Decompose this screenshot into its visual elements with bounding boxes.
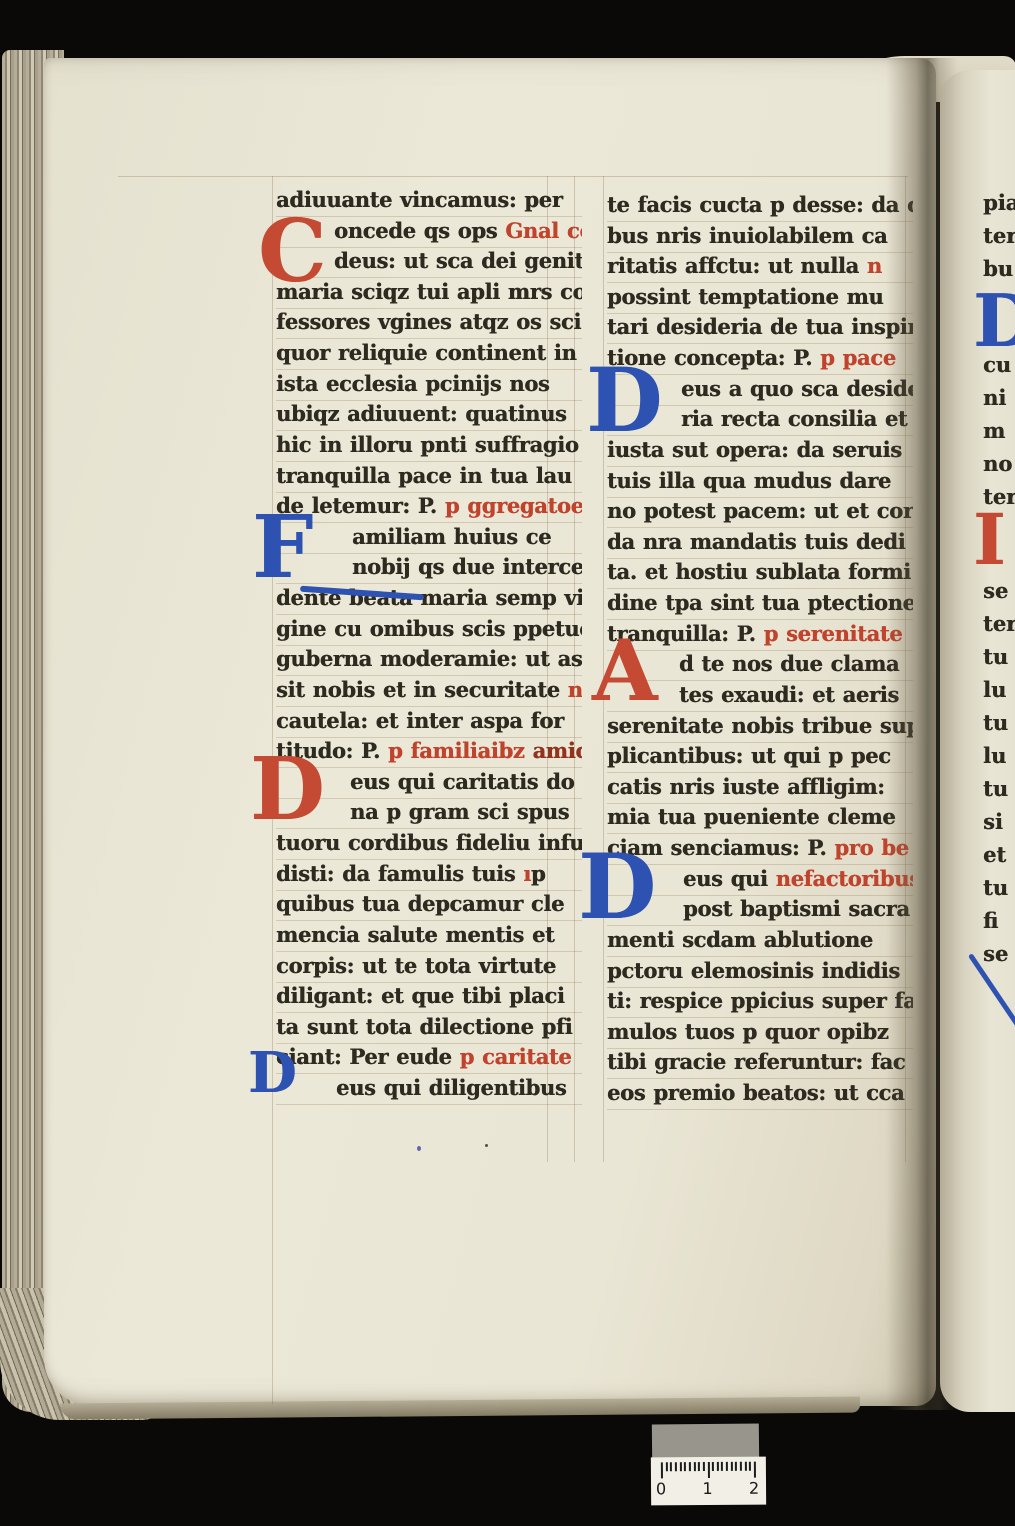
text-segment: sit nobis et in securitate xyxy=(276,677,568,702)
ruler-tick xyxy=(721,1462,723,1471)
text-segment: guberna moderamie: ut as xyxy=(276,646,582,671)
ruler-tick xyxy=(703,1462,705,1471)
text-line: ti: respice ppicius super fa xyxy=(607,986,913,1018)
text-segment: na p gram sci spus xyxy=(350,799,569,824)
text-line: possint temptatione mu xyxy=(607,282,913,314)
ruler-tick xyxy=(679,1462,681,1471)
clipped-text-fragment: cu xyxy=(983,352,1011,377)
text-line: diligant: et que tibi placi xyxy=(276,981,582,1013)
clipped-text-fragment: m xyxy=(983,418,1005,443)
text-segment: n xyxy=(568,677,582,702)
text-segment: p familiaibz xyxy=(388,738,532,763)
text-segment: bus nris inuiolabilem ca xyxy=(607,223,887,248)
text-segment: pctoru elemosinis indidis xyxy=(607,958,900,983)
text-segment: gine cu omibus scis ppetuo xyxy=(276,616,582,641)
ruler-tick xyxy=(731,1462,733,1471)
text-segment: mia tua pueniente cleme xyxy=(607,804,895,829)
ruler-tick xyxy=(754,1462,756,1478)
text-line: tibi gracie referuntur: fac xyxy=(607,1047,913,1079)
ruler-tick xyxy=(684,1462,686,1471)
clipped-text-fragment: ni xyxy=(983,385,1006,410)
text-segment: amicis xyxy=(532,738,582,763)
text-column-left: adiuuante vincamus: peroncede qs ops Gna… xyxy=(276,185,582,1115)
text-line: eos premio beatos: ut cca xyxy=(607,1078,913,1110)
text-line: catis nris iuste affligim: xyxy=(607,772,913,804)
text-segment: deus: ut sca dei genitr xyxy=(334,248,582,273)
text-segment: ubiqz adiuuent: quatinus xyxy=(276,401,566,426)
text-segment: ciant: Per eude xyxy=(276,1044,460,1069)
clipped-text-fragment: fi xyxy=(983,908,998,933)
ink-speck-blue xyxy=(417,1146,421,1151)
clipped-text-fragment: lu xyxy=(983,677,1006,702)
text-line: plicantibus: ut qui p pec xyxy=(607,741,913,773)
ruler-tick xyxy=(661,1462,663,1478)
clipped-text-fragment: tu xyxy=(983,710,1008,735)
text-segment: da nra mandatis tuis dedi xyxy=(607,529,905,554)
text-segment: ta sunt tota dilectione pfi xyxy=(276,1014,572,1039)
clipped-text-fragment: tu xyxy=(983,875,1008,900)
text-segment: catis nris iuste affligim: xyxy=(607,774,885,799)
text-line: ritatis affctu: ut nulla n xyxy=(607,251,913,283)
text-line: dine tpa sint tua ptectione xyxy=(607,588,913,620)
text-segment: eus a quo sca deside xyxy=(681,376,913,401)
text-segment: possint temptatione mu xyxy=(607,284,883,309)
text-segment: tuis illa qua mudus dare xyxy=(607,468,891,493)
text-line: ista ecclesia pcinijs nos xyxy=(276,369,582,401)
text-line: quor reliquie continent in xyxy=(276,338,582,370)
ruler-tick xyxy=(693,1462,695,1471)
text-line: no potest pacem: ut et cor xyxy=(607,496,913,528)
illuminated-initial: A xyxy=(592,638,657,704)
text-segment: quibus tua depcamur cle xyxy=(276,891,564,916)
text-segment: n xyxy=(867,253,882,278)
ruling-line-top xyxy=(118,176,908,177)
clipped-text-fragment: si xyxy=(983,809,1003,834)
illuminated-initial: D xyxy=(250,756,325,823)
text-line: corpis: ut te tota virtute xyxy=(276,951,582,983)
text-line: fessores vgines atqz os sci xyxy=(276,307,582,339)
text-segment: corpis: ut te tota virtute xyxy=(276,953,556,978)
text-line: tranquilla pace in tua lau xyxy=(276,461,582,493)
illuminated-initial: D xyxy=(578,852,656,922)
text-segment: p serenitate xyxy=(764,621,903,646)
text-segment: dine tpa sint tua ptectione xyxy=(607,590,913,615)
text-segment: tranquilla pace in tua lau xyxy=(276,463,572,488)
ruler-tick xyxy=(707,1462,709,1478)
ruler-number: 0 xyxy=(653,1479,669,1498)
clipped-text-fragment: ter xyxy=(983,223,1015,248)
text-line: disti: da famulis tuis ıp xyxy=(276,859,582,891)
clipped-text-fragment: lu xyxy=(983,743,1006,768)
text-segment: quor reliquie continent in xyxy=(276,340,576,365)
text-segment: oncede qs ops xyxy=(334,218,505,243)
text-segment: d te nos due clama xyxy=(679,651,899,676)
text-segment: mulos tuos p quor opibz xyxy=(607,1019,888,1044)
clipped-initial: D xyxy=(973,292,1015,350)
ruler-tick xyxy=(726,1462,728,1471)
text-segment: amiliam huius ce xyxy=(352,524,551,549)
text-line: quibus tua depcamur cle xyxy=(276,889,582,921)
text-line: pctoru elemosinis indidis xyxy=(607,956,913,988)
ruler-number: 2 xyxy=(746,1479,762,1498)
ruler-number: 1 xyxy=(699,1479,715,1498)
text-line: ta. et hostiu sublata formi xyxy=(607,557,913,589)
ruler-tick xyxy=(735,1462,737,1471)
text-line: tari desideria de tua inspira xyxy=(607,312,913,344)
ruler-tick xyxy=(745,1462,747,1471)
text-segment: no potest pacem: ut et cor xyxy=(607,498,913,523)
text-line: amiliam huius ce xyxy=(276,522,582,554)
text-line: ta sunt tota dilectione pfi xyxy=(276,1012,582,1044)
text-segment: Gnal col xyxy=(505,218,582,243)
text-line: nobij qs due interce xyxy=(276,552,582,584)
text-segment: ista ecclesia pcinijs nos xyxy=(276,371,549,396)
clipped-text-fragment: se xyxy=(983,578,1008,603)
clipped-text-fragment: tu xyxy=(983,776,1008,801)
ruler-tick xyxy=(712,1462,714,1471)
text-line: mulos tuos p quor opibz xyxy=(607,1017,913,1049)
clipped-text-fragment: tu xyxy=(983,644,1008,669)
illuminated-initial: C xyxy=(258,218,326,285)
clipped-initial: I xyxy=(973,512,1006,568)
text-segment: eos premio beatos: ut cca xyxy=(607,1080,904,1105)
text-segment: diligant: et que tibi placi xyxy=(276,983,565,1008)
ruler-tick xyxy=(689,1462,691,1471)
ruler-tick xyxy=(740,1462,742,1471)
text-line: tuis illa qua mudus dare xyxy=(607,466,913,498)
text-line: eus qui diligentibus xyxy=(276,1073,582,1105)
text-segment: p pace xyxy=(820,345,896,370)
text-segment: mencia salute mentis et xyxy=(276,922,554,947)
text-line: ciant: Per eude p caritate xyxy=(276,1042,582,1074)
text-segment: tari desideria de tua inspira xyxy=(607,314,913,339)
clipped-text-fragment: et xyxy=(983,842,1006,867)
text-line: de letemur: P. p ggregatoe ipa xyxy=(276,491,582,523)
text-segment: p ggregatoe ipa xyxy=(445,493,582,518)
text-line: da nra mandatis tuis dedi xyxy=(607,527,913,559)
text-segment: cautela: et inter aspa for xyxy=(276,708,564,733)
text-line: ubiqz adiuuent: quatinus xyxy=(276,399,582,431)
text-line: sit nobis et in securitate n xyxy=(276,675,582,707)
text-segment: nobij qs due interce xyxy=(352,554,582,579)
text-segment: tibi gracie referuntur: fac xyxy=(607,1049,905,1074)
text-segment: p xyxy=(531,861,545,886)
text-segment: eus qui diligentibus xyxy=(336,1075,566,1100)
text-segment: p caritate xyxy=(460,1044,572,1069)
text-segment: disti: da famulis tuis xyxy=(276,861,523,886)
text-line: guberna moderamie: ut as xyxy=(276,644,582,676)
text-segment: post baptismi sacra xyxy=(683,896,910,921)
text-line: gine cu omibus scis ppetuo xyxy=(276,614,582,646)
text-segment: fessores vgines atqz os sci xyxy=(276,309,581,334)
ruler-tick xyxy=(698,1462,700,1471)
text-line: mencia salute mentis et xyxy=(276,920,582,952)
text-segment: eus qui xyxy=(683,866,776,891)
ruler-scale-strip: 012 xyxy=(651,1457,766,1506)
clipped-text-fragment: no xyxy=(983,451,1012,476)
text-segment: ritatis affctu: ut nulla xyxy=(607,253,867,278)
clipped-text-fragment: ter xyxy=(983,611,1015,636)
text-line: mia tua pueniente cleme xyxy=(607,802,913,834)
illuminated-initial: D xyxy=(586,366,662,435)
illuminated-initial: D xyxy=(248,1052,297,1096)
text-segment: ı xyxy=(523,861,531,886)
text-segment: tes exaudi: et aeris xyxy=(679,682,899,707)
ruler-tick xyxy=(717,1462,719,1471)
ink-speck-dark xyxy=(485,1144,488,1147)
text-segment: ti: respice ppicius super fa xyxy=(607,988,913,1013)
illuminated-initial: F xyxy=(252,514,313,581)
text-line: hic in illoru pnti suffragio xyxy=(276,430,582,462)
ruler-tick xyxy=(675,1462,677,1471)
text-line: bus nris inuiolabilem ca xyxy=(607,221,913,253)
clipped-text-fragment: se xyxy=(983,941,1008,966)
ruler-tick xyxy=(670,1462,672,1471)
text-segment: eus qui caritatis do xyxy=(350,769,574,794)
text-segment: te facis cucta p desse: da cordi xyxy=(607,192,913,217)
text-segment: plicantibus: ut qui p pec xyxy=(607,743,891,768)
clipped-text-fragment: pia xyxy=(983,190,1015,215)
text-segment: ria recta consilia et xyxy=(681,406,907,431)
text-segment: hic in illoru pnti suffragio xyxy=(276,432,579,457)
text-line: te facis cucta p desse: da cordi xyxy=(607,190,913,222)
text-segment: ta. et hostiu sublata formi xyxy=(607,559,911,584)
ruler-tick xyxy=(666,1462,668,1471)
ruler-tick xyxy=(749,1462,751,1471)
facing-page-sliver: piaterbuDcunimnoterIsetertulutulutusiett… xyxy=(940,70,1015,1412)
text-line: cautela: et inter aspa for xyxy=(276,706,582,738)
manuscript-photo: adiuuante vincamus: peroncede qs ops Gna… xyxy=(0,0,1015,1526)
